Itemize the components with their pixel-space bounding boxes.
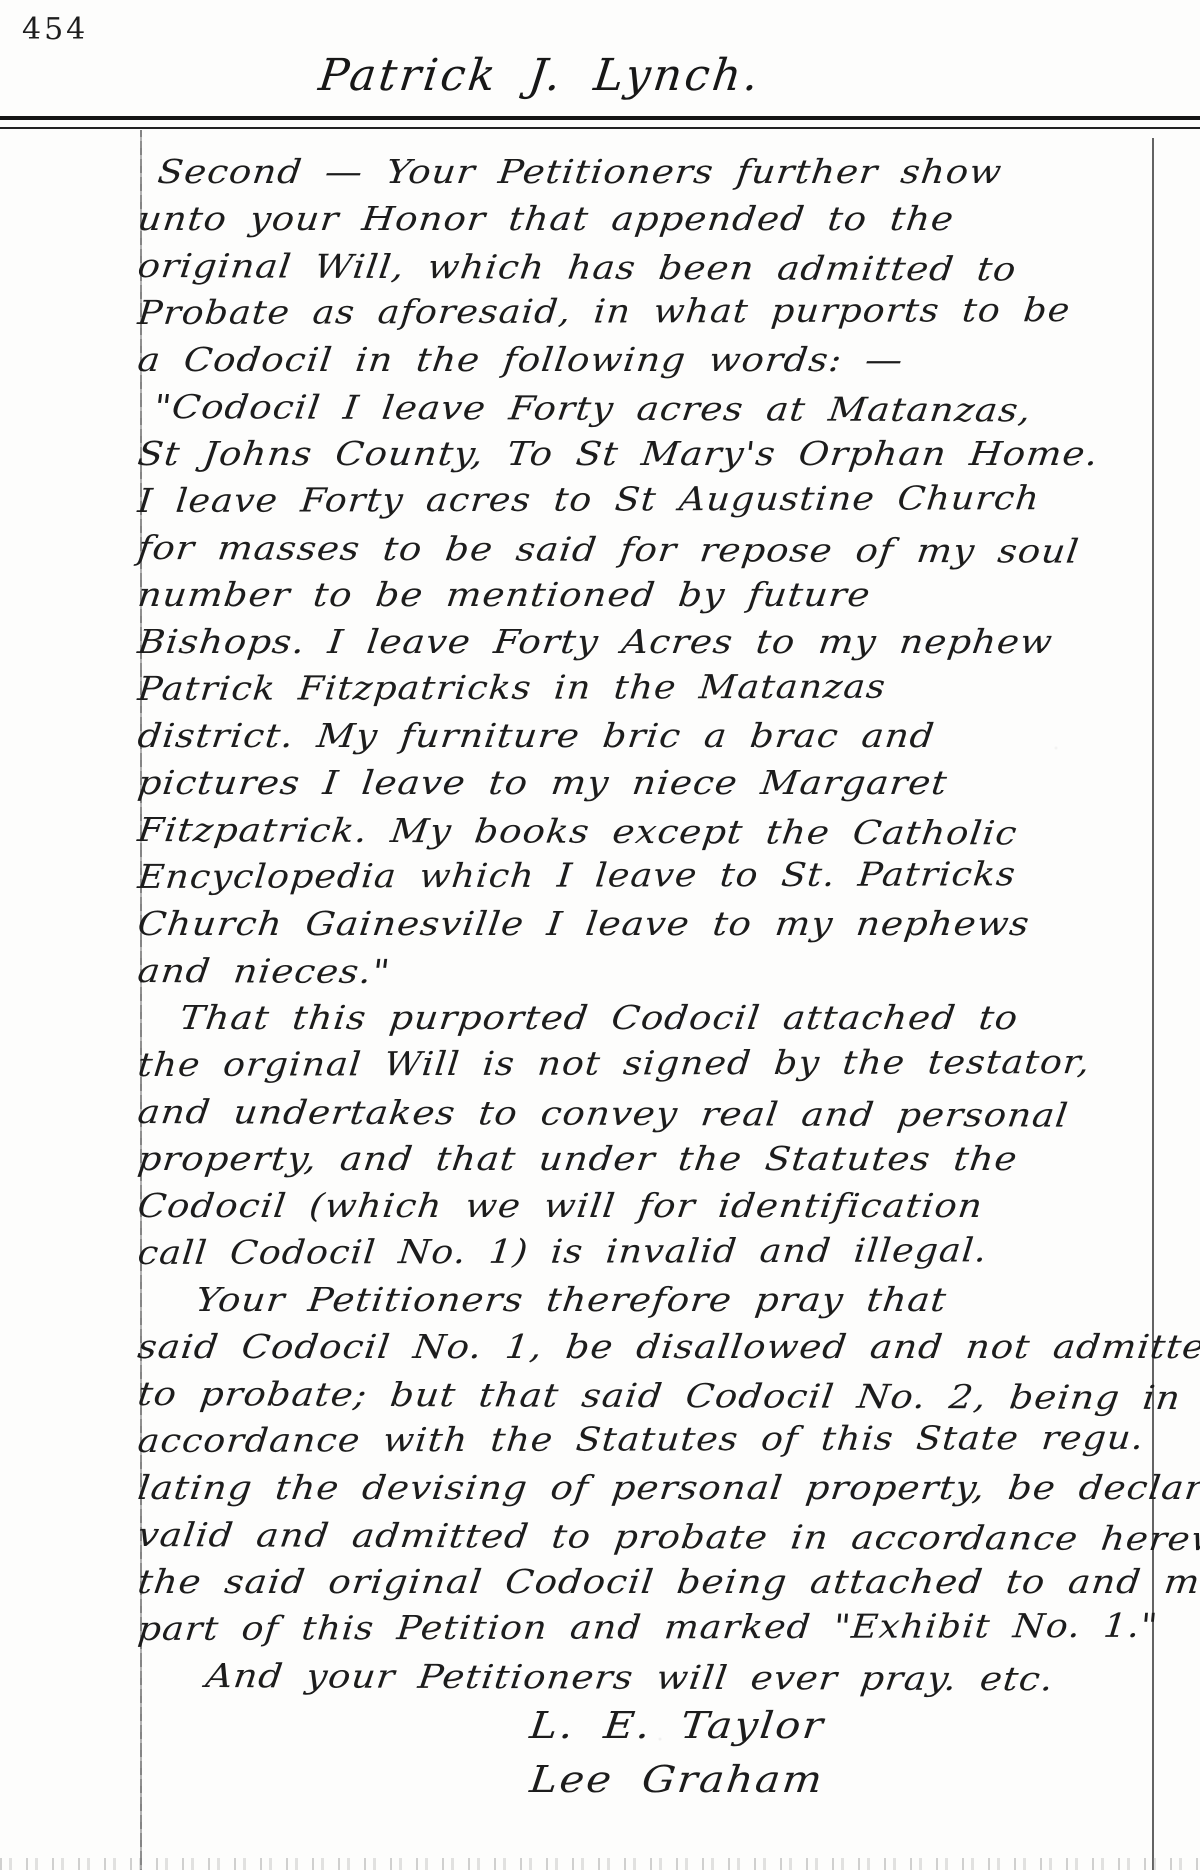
handwritten-line: Church Gainesville I leave to my nephews — [135, 900, 1200, 947]
handwritten-line: And your Petitioners will ever pray. etc… — [203, 1652, 1200, 1703]
handwritten-line: a Codocil in the following words: — — [135, 336, 1200, 383]
handwritten-line: number to be mentioned by future — [135, 571, 1200, 618]
handwritten-line: "Codocil I leave Forty acres at Matanzas… — [151, 383, 1200, 435]
handwritten-line: for masses to be said for repose of my s… — [135, 524, 1200, 576]
handwritten-line: the said original Codocil being attached… — [135, 1558, 1200, 1605]
handwritten-line: That this purported Codocil attached to — [177, 994, 1200, 1041]
handwritten-line: unto your Honor that appended to the — [135, 195, 1200, 242]
document-body: Second — Your Petitioners further showun… — [138, 148, 1198, 1807]
handwritten-line: property, and that under the Statutes th… — [135, 1135, 1200, 1182]
document-title: Patrick J. Lynch. — [0, 50, 1083, 101]
signature-line: Lee Graham — [527, 1753, 1200, 1807]
handwritten-line: said Codocil No. 1, be disallowed and no… — [135, 1323, 1200, 1370]
handwritten-line: and undertakes to convey real and person… — [135, 1088, 1200, 1140]
scanned-page: 454 Patrick J. Lynch. Second — Your Peti… — [0, 0, 1200, 1870]
handwritten-line: the orginal Will is not signed by the te… — [136, 1037, 1200, 1088]
handwritten-line: district. My furniture bric a brac and — [135, 712, 1200, 759]
handwritten-line: St Johns County, To St Mary's Orphan Hom… — [135, 430, 1200, 477]
handwritten-line: and nieces." — [135, 947, 1200, 999]
scan-noise-edge — [0, 1858, 1200, 1870]
handwritten-line: accordance with the Statutes of this Sta… — [136, 1413, 1200, 1464]
signature-line: L. E. Taylor — [527, 1699, 1200, 1753]
handwritten-line: I leave Forty acres to St Augustine Chur… — [136, 473, 1200, 524]
header-divider-rule — [0, 116, 1200, 129]
handwritten-line: lating the devising of personal property… — [135, 1464, 1200, 1511]
handwritten-line: Encyclopedia which I leave to St. Patric… — [136, 849, 1200, 900]
handwritten-line: Second — Your Petitioners further show — [155, 148, 1200, 195]
handwritten-line: Probate as aforesaid, in what purports t… — [136, 285, 1200, 336]
handwritten-line: Codocil (which we will for identificatio… — [135, 1182, 1200, 1229]
handwritten-line: Your Petitioners therefore pray that — [193, 1276, 1200, 1323]
handwritten-line: pictures I leave to my niece Margaret — [135, 759, 1200, 806]
handwritten-line: Bishops. I leave Forty Acres to my nephe… — [135, 618, 1200, 665]
handwritten-line: part of this Petition and marked "Exhibi… — [136, 1601, 1200, 1652]
handwritten-line: call Codocil No. 1) is invalid and illeg… — [136, 1225, 1200, 1276]
page-number: 454 — [22, 12, 88, 47]
handwritten-line: Patrick Fitzpatricks in the Matanzas — [136, 661, 1200, 712]
handwritten-line: valid and admitted to probate in accorda… — [135, 1511, 1200, 1563]
